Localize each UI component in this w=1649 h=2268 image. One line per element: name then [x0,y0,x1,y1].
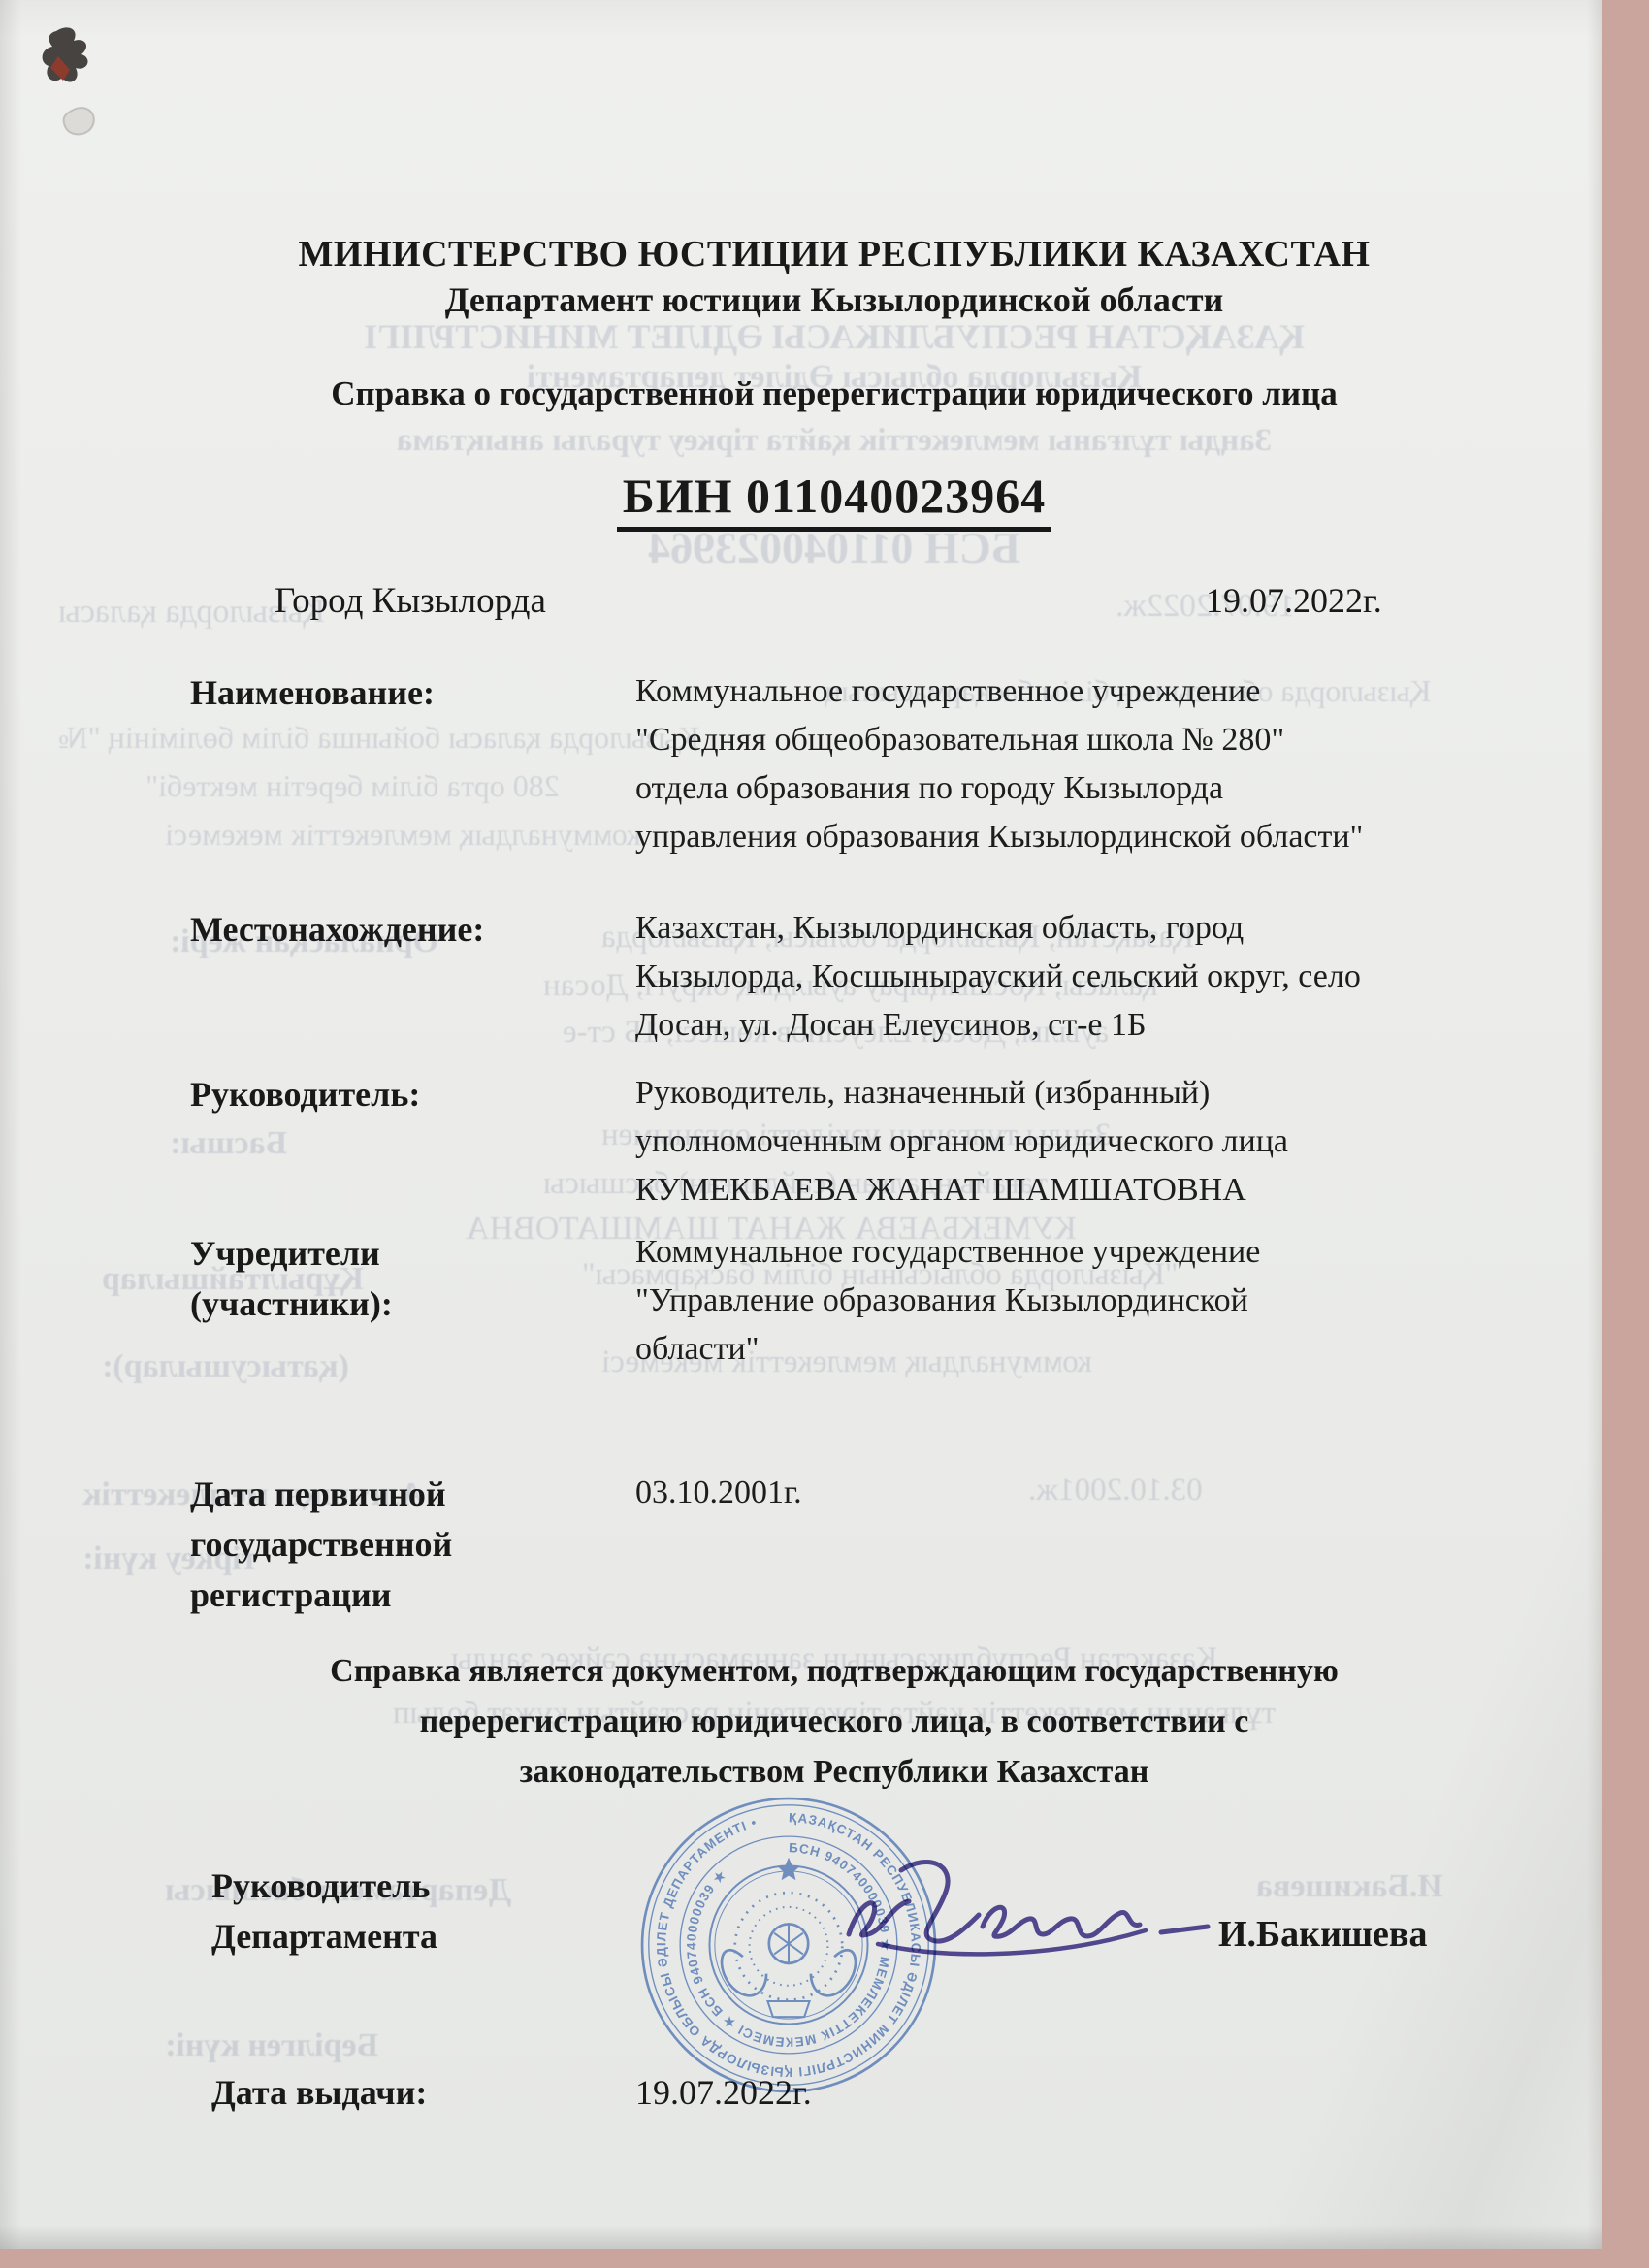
bleed-text: (қатысушылар): [102,1348,349,1385]
issue-date-label: Дата выдачи: [211,2072,427,2113]
field-value: Коммунальное государственное учреждение … [635,1228,1431,1374]
bleed-text: Заңды тұлғаны мемлекеттік қайта тіркеу т… [39,423,1630,459]
tear-blob-light [64,108,94,134]
document-title: Справка о государственной перерегистраци… [39,374,1630,413]
emblem-star [777,1858,800,1881]
field-value: Казахстан, Кызылординская область, город… [635,904,1431,1050]
signatory-name: И.Бакишева [1218,1913,1427,1956]
field-label: Руководитель: [190,1069,627,1119]
bleed-text: Берілген күні: [165,2027,378,2064]
issue-date-top: 19.07.2022г. [1206,580,1382,621]
field-label: Местонахождение: [190,904,627,955]
signature-scrawl [849,1862,1140,1941]
issue-city: Город Кызылорда [275,580,546,622]
emblem-shanyrak-cross [774,1923,803,1964]
bleed-text: И.Бакишева [1256,1868,1443,1905]
signature-flourish [878,1930,1146,1954]
field-value: Коммунальное государственное учреждение … [635,667,1431,861]
scanned-certificate-page: ҚАЗАҚСТАН РЕСПУБЛИКАСЫ ӘДІЛЕТ МИНИСТРЛІГ… [0,0,1649,2268]
staple-tear-mark [27,16,134,161]
ministry-name: МИНИСТЕРСТВО ЮСТИЦИИ РЕСПУБЛИКИ КАЗАХСТА… [39,233,1630,275]
bleed-text: Басшы: [170,1125,287,1162]
signature-dash [1161,1927,1208,1932]
bin-number: БИН 011040023964 [39,468,1630,532]
field-label: Наименование: [190,667,627,718]
field-label: Дата первичной государственной регистрац… [190,1469,627,1620]
department-name: Департамент юстиции Кызылординской облас… [39,279,1630,320]
bleed-text: ҚАЗАҚСТАН РЕСПУБЛИКАСЫ ӘДІЛЕТ МИНИСТРЛІГ… [39,316,1630,357]
field-value: 03.10.2001г. [635,1469,1431,1517]
emblem-banner [767,2001,809,2017]
statement-paragraph: Справка является документом, подтверждаю… [39,1646,1630,1798]
bleed-text: коммуналдық мемлекеттік мекемесі [165,817,641,853]
signatory-role: Руководитель Департамента [211,1861,437,1961]
bin-number-text: БИН 011040023964 [617,468,1052,532]
handwritten-signature [820,1841,1237,1987]
bleed-text: Қызылорда қаласы бойынша білім бөлімінің… [58,720,699,756]
field-label: Учредители (участники): [190,1228,627,1329]
emblem-wing-left [722,1950,766,1995]
field-value: Руководитель, назначенный (избранный) уп… [635,1069,1431,1215]
bleed-text: 280 орта білім беретін мектебі" [145,768,560,804]
